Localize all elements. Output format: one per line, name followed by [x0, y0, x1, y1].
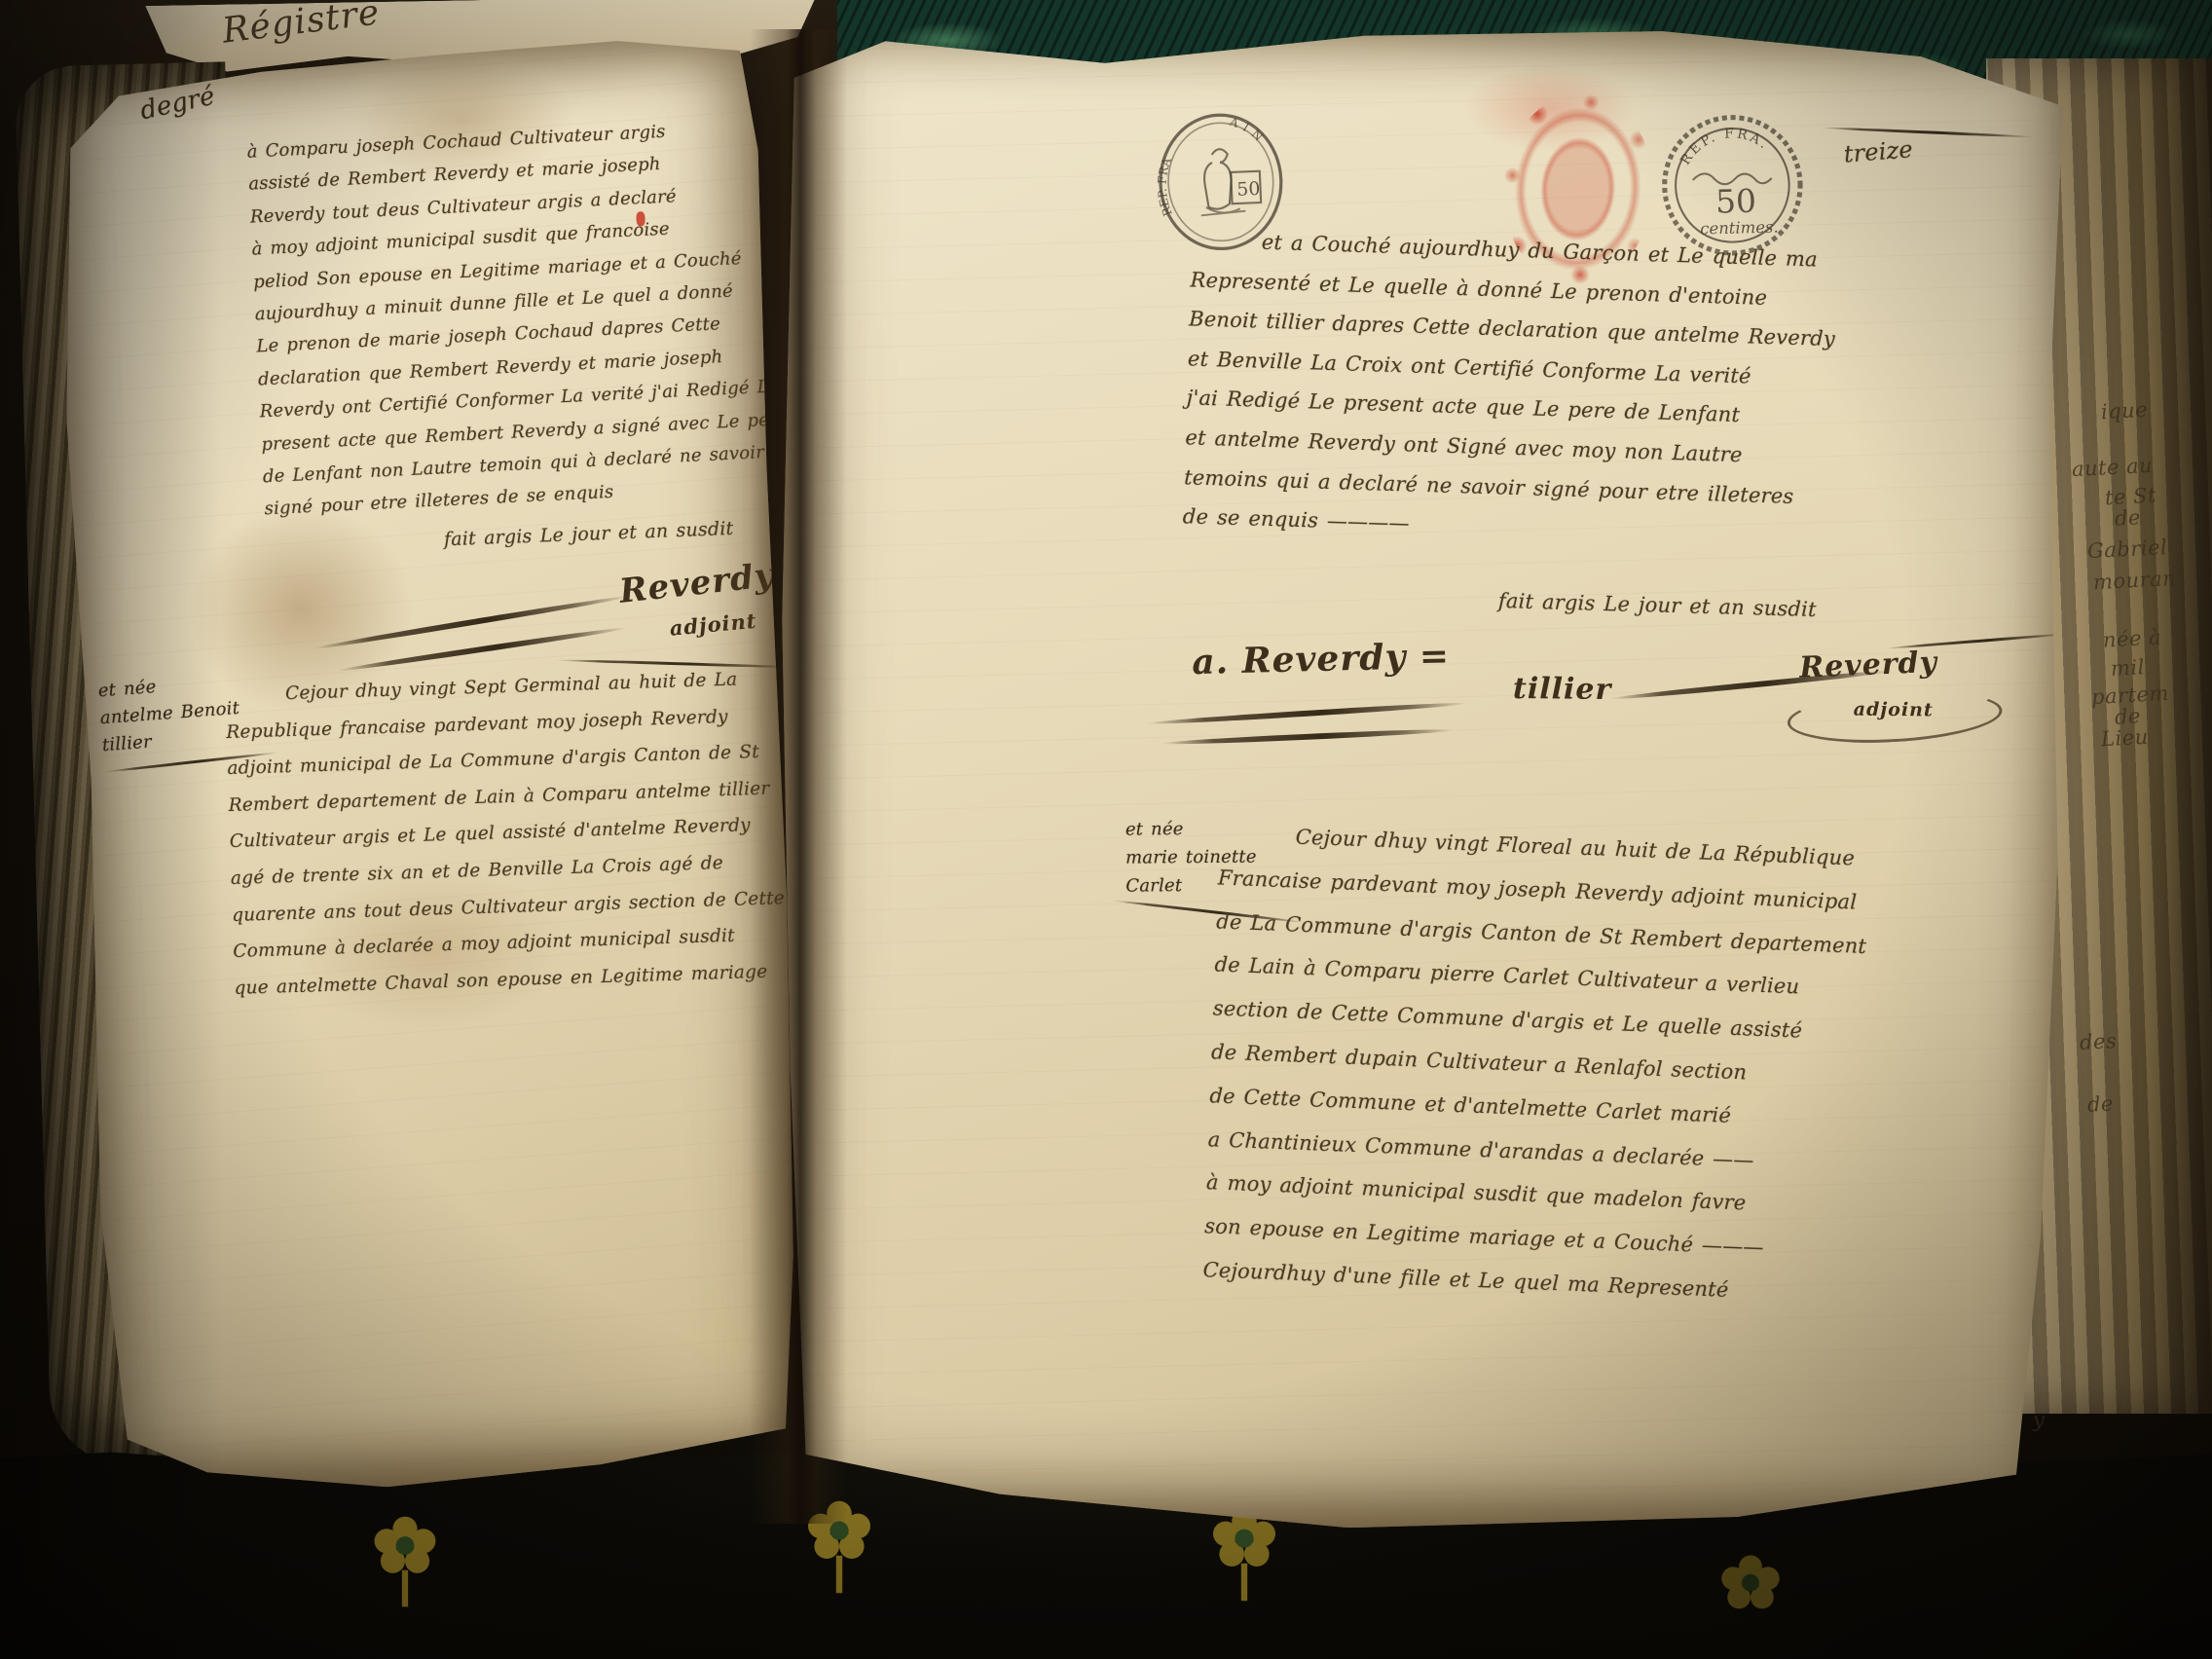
stamp-value: 50 — [1715, 182, 1757, 221]
page-fragment: ique — [2100, 398, 2148, 424]
left-signature-title: adjoint — [669, 608, 758, 641]
signature-paraph — [1786, 685, 2004, 749]
red-ink-fleck — [636, 211, 645, 226]
page-fragment: Gabriel — [2086, 535, 2167, 563]
red-wreath-stamp-icon — [1496, 90, 1659, 288]
page-fragment: mouran — [2092, 567, 2176, 594]
republic-figure-stamp-icon: REP. FRA AIN 50 — [1152, 107, 1289, 257]
right-signature-3-title: adjoint — [1854, 699, 1934, 721]
page-fragment: de — [2086, 1091, 2114, 1116]
stamp-arc-text: REP. FRA — [1154, 155, 1176, 218]
page-fragment: aute au — [2071, 454, 2153, 481]
stamp-value: 50 — [1236, 179, 1261, 201]
page-fragment: de — [2114, 505, 2141, 530]
svg-text:REP. FRA: REP. FRA — [1154, 155, 1176, 218]
left-act1-closing: fait argis Le jour et an susdit — [444, 518, 734, 550]
right-act1-closing: fait argis Le jour et an susdit — [1498, 589, 1817, 621]
page-stain — [348, 53, 576, 188]
signature-flourish — [1147, 701, 1468, 726]
stamp-unit: centimes. — [1700, 218, 1779, 239]
page-fragment: y — [2032, 1408, 2046, 1432]
right-corner-note: treize — [1843, 135, 1914, 167]
left-act2-text: Cejour dhuy vingt Sept Germinal au huit … — [225, 660, 790, 1007]
signature-flourish — [338, 626, 628, 674]
signature-flourish — [1610, 669, 1892, 701]
book-gutter-shadow — [750, 29, 847, 1524]
right-signature-1: a. Reverdy = — [1192, 636, 1451, 682]
stamp-arc-text: REP. FRA. — [1677, 125, 1773, 167]
right-page: REP. FRA AIN 50 REP. FRA. 50 centimes. t… — [766, 18, 2077, 1535]
corner-note-flourish — [1821, 126, 2035, 138]
embroidered-flower-icon — [358, 1512, 452, 1619]
page-fragment: née à — [2102, 625, 2161, 651]
photo-scene: Régistre ique aute au te St de Gabriel m… — [0, 0, 2212, 1659]
signature-flourish — [1161, 727, 1454, 746]
page-fragment: Lieu — [2100, 725, 2149, 752]
margin-note-underline — [104, 752, 278, 773]
right-signature-3: Reverdy — [1799, 645, 1938, 685]
page-stain — [180, 497, 422, 719]
margin-note-underline — [1112, 899, 1306, 924]
right-act1-text: et a Couché aujourdhuy du Garçon et Le q… — [1182, 220, 1951, 560]
left-margin-note: et née antelme Benoit tillier — [97, 665, 288, 760]
page-stain — [291, 862, 570, 1038]
embroidered-flower-icon — [1706, 1551, 1795, 1652]
page-fragment: mil — [2110, 655, 2145, 681]
red-stamp-bleed — [1462, 63, 1639, 153]
page-fragment: des — [2079, 1029, 2117, 1054]
right-act2-text: Cejour dhuy vingt Floreal au huit de La … — [1202, 812, 1950, 1319]
svg-text:REP. FRA.: REP. FRA. — [1677, 125, 1773, 167]
signature-flourish — [1886, 633, 2071, 650]
left-page: degré à Comparu joseph Cochaud Cultivate… — [46, 35, 816, 1497]
right-margin-note: et née marie toinette Carlet — [1125, 814, 1321, 900]
svg-text:AIN: AIN — [1227, 113, 1270, 149]
stamp-arc-text: AIN — [1227, 113, 1270, 149]
right-signature-2: tillier — [1513, 672, 1612, 707]
signature-flourish — [313, 594, 631, 651]
fifty-centimes-stamp-icon: REP. FRA. 50 centimes. — [1656, 105, 1808, 265]
left-act1-text: à Comparu joseph Cochaud Cultivateur arg… — [246, 109, 810, 526]
